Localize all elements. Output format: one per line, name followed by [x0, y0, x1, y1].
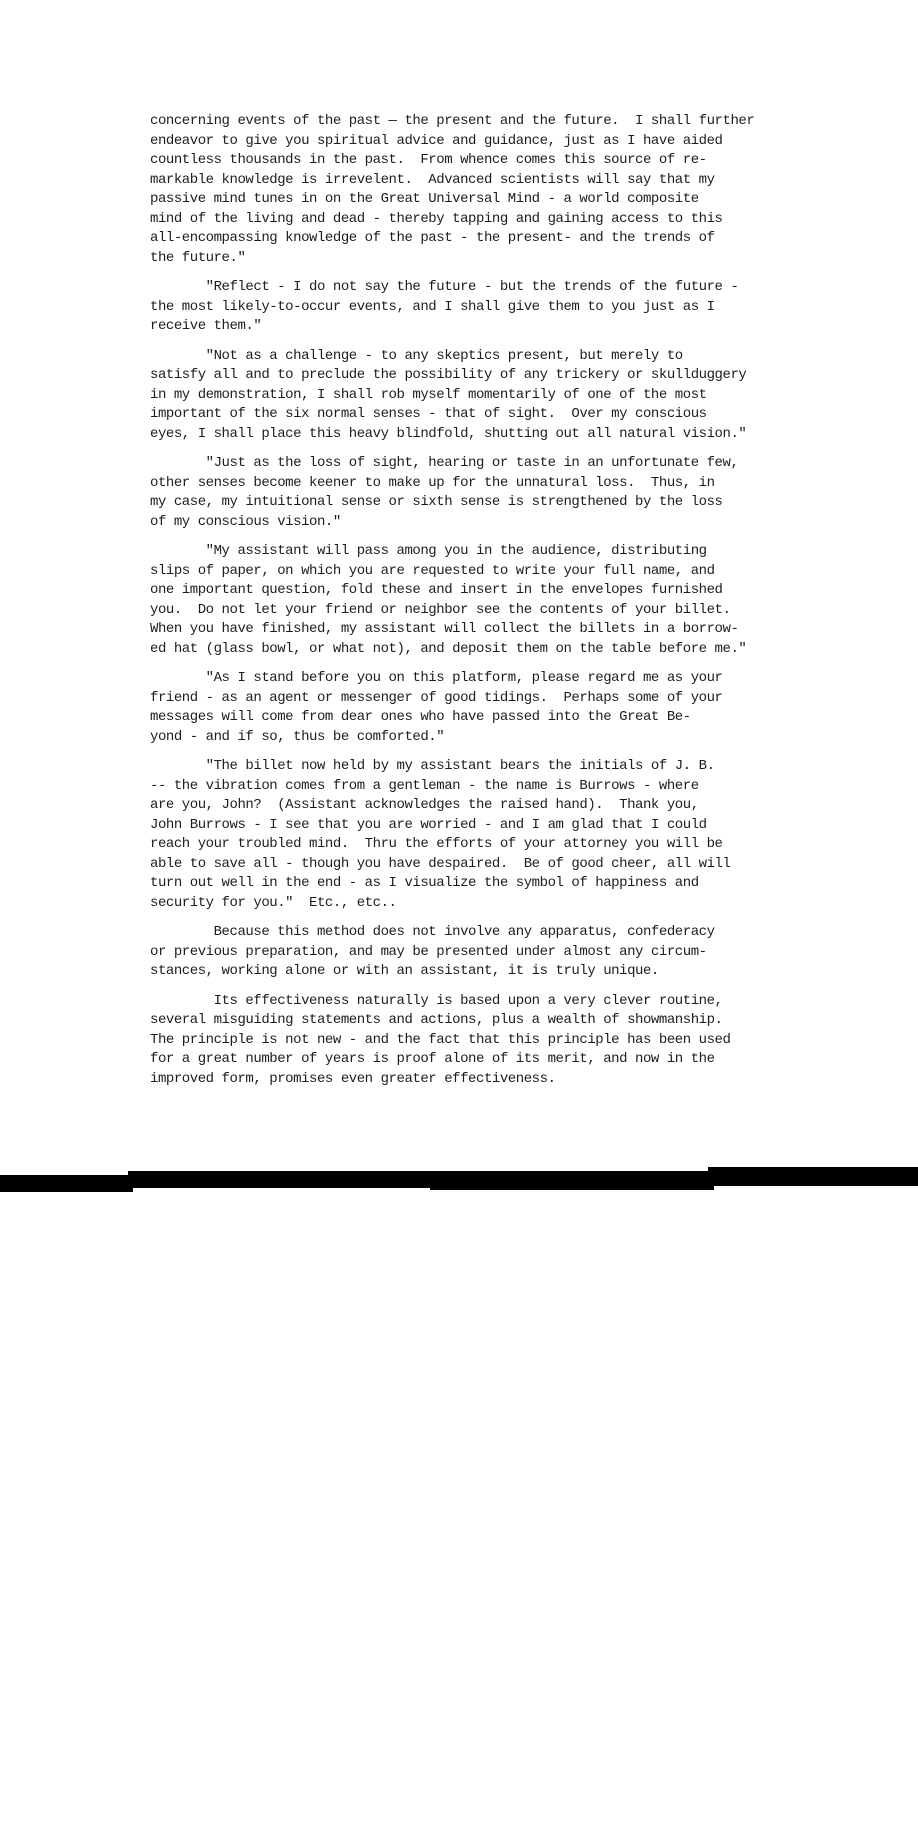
typewritten-text-block: concerning events of the past — the pres…: [150, 112, 810, 1099]
paragraph: concerning events of the past — the pres…: [150, 112, 810, 268]
paragraph: "Not as a challenge - to any skeptics pr…: [150, 347, 810, 445]
scanned-document-page: concerning events of the past — the pres…: [0, 0, 918, 1836]
paragraph: "Reflect - I do not say the future - but…: [150, 278, 810, 337]
scan-bar-segment: [708, 1167, 918, 1186]
scan-bar-segment: [128, 1171, 436, 1188]
paragraph: "The billet now held by my assistant bea…: [150, 757, 810, 913]
paragraph: Its effectiveness naturally is based upo…: [150, 992, 810, 1090]
paragraph: Because this method does not involve any…: [150, 923, 810, 982]
scan-bar-segment: [0, 1175, 133, 1192]
paragraph: "As I stand before you on this platform,…: [150, 669, 810, 747]
scan-bar-segment: [430, 1171, 714, 1190]
paragraph: "My assistant will pass among you in the…: [150, 542, 810, 659]
paragraph: "Just as the loss of sight, hearing or t…: [150, 454, 810, 532]
